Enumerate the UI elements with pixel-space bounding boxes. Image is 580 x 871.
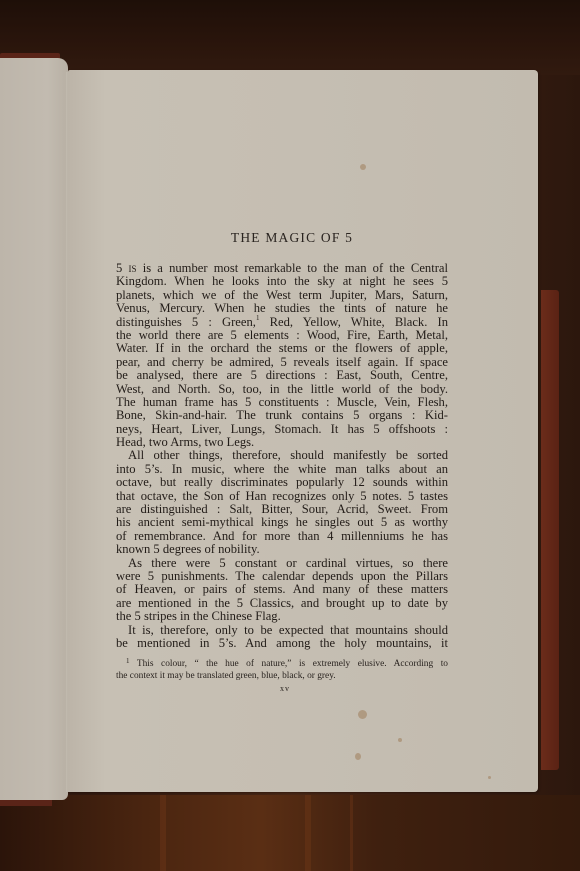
- text-line: As there were 5 constant or cardinal vir…: [116, 557, 448, 570]
- text-line: planets, which we of the West term Jupit…: [116, 289, 448, 302]
- foxing-spot: [360, 164, 366, 170]
- text-line: into 5’s. In music, where the white man …: [116, 463, 448, 476]
- text-line: be analysed, there are 5 directions : Ea…: [116, 369, 448, 382]
- text-line: Venus, Mercury. When he studies the tint…: [116, 302, 448, 315]
- text-line: of Heaven, or pairs of stems. And many o…: [116, 583, 448, 596]
- wood-grain: [305, 795, 311, 871]
- text-line: are distinguished : Salt, Bitter, Sour, …: [116, 503, 448, 516]
- page-number: xv: [270, 684, 300, 693]
- footnote-marker: 1: [126, 657, 130, 665]
- text-line: of remembrance. And for more than 4 mill…: [116, 530, 448, 543]
- text-line: 5 is is a number most remarkable to the …: [116, 262, 448, 275]
- text-line: neys, Heart, Liver, Lungs, Stomach. It h…: [116, 423, 448, 436]
- text-line: his ancient semi-mythical kings he singl…: [116, 516, 448, 529]
- footnote: 1 This colour, “ the hue of nature,” is …: [116, 659, 448, 682]
- text-line: Water. If in the orchard the stems or th…: [116, 342, 448, 355]
- text-line: known 5 degrees of nobility.: [116, 543, 448, 556]
- text-line: All other things, therefore, should mani…: [116, 449, 448, 462]
- text-line: Bone, Skin-and-hair. The trunk contains …: [116, 409, 448, 422]
- text-line: octave, but really discriminates popular…: [116, 476, 448, 489]
- book-cover-edge: [541, 290, 559, 770]
- body-text: 5 is is a number most remarkable to the …: [116, 262, 448, 650]
- text-line: The human frame has 5 constituents : Mus…: [116, 396, 448, 409]
- chapter-title: THE MAGIC OF 5: [212, 230, 372, 246]
- table-background-top: [0, 0, 580, 75]
- footnote-line: the context it may be translated green, …: [116, 671, 448, 683]
- text-line: that octave, the Son of Han recognizes o…: [116, 490, 448, 503]
- foxing-spot: [398, 738, 402, 742]
- text-line: pear, and cherry be admired, 5 reveals i…: [116, 356, 448, 369]
- footnote-line: 1 This colour, “ the hue of nature,” is …: [116, 659, 448, 671]
- text-line: distinguishes 5 : Green,1 Red, Yellow, W…: [116, 316, 448, 329]
- table-background-bottom: [0, 795, 580, 871]
- text-line: West, and North. So, too, in the little …: [116, 383, 448, 396]
- text-line: the 5 stripes in the Chinese Flag.: [116, 610, 448, 623]
- text-line: be mentioned in 5’s. And among the holy …: [116, 637, 448, 650]
- text-line: the world there are 5 elements : Wood, F…: [116, 329, 448, 342]
- text-line: are mentioned in the 5 Classics, and bro…: [116, 597, 448, 610]
- text-line: were 5 punishments. The calendar depends…: [116, 570, 448, 583]
- text-line: It is, therefore, only to be expected th…: [116, 624, 448, 637]
- wood-grain: [350, 795, 353, 871]
- facing-page: [0, 58, 68, 800]
- foxing-spot: [358, 710, 367, 719]
- text-line: Head, two Arms, two Legs.: [116, 436, 448, 449]
- foxing-spot: [488, 776, 491, 779]
- footnote-ref: 1: [256, 314, 260, 322]
- wood-grain: [160, 795, 166, 871]
- text-line: Kingdom. When he looks into the sky at n…: [116, 275, 448, 288]
- foxing-spot: [355, 753, 361, 760]
